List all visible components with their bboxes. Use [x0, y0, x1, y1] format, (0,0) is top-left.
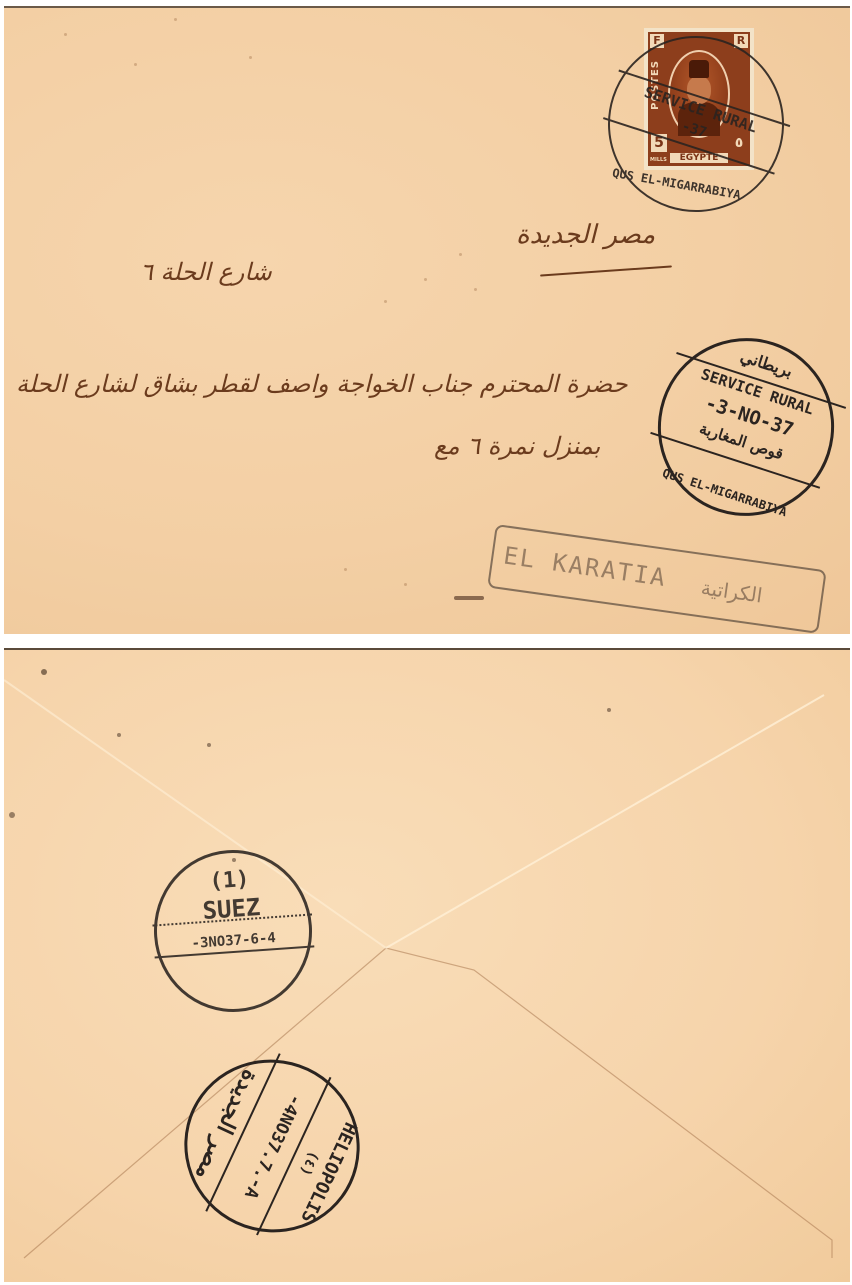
- paper-speck: [384, 300, 387, 303]
- cancel-town: QUS EL-MIGARRABIYA: [591, 162, 763, 206]
- cachet-el-karatia: EL KARATIA الكراتية: [487, 524, 827, 634]
- paper-speck: [424, 278, 427, 281]
- address-city: مصر الجديدة: [516, 220, 655, 250]
- cachet-arabic: الكراتية: [700, 575, 764, 607]
- envelope-flap-lines: [4, 650, 850, 1282]
- envelope-front: F R POSTES 5 ٥ MILLS EGYPTE SERVICE RURA…: [4, 6, 850, 634]
- paper-speck: [404, 583, 407, 586]
- paper-speck: [344, 568, 347, 571]
- paper-speck: [474, 288, 477, 291]
- address-street: شارع الحلة ٦: [140, 258, 272, 286]
- paper-speck: [134, 63, 137, 66]
- address-city-underline: [540, 265, 672, 276]
- paper-speck: [174, 18, 177, 21]
- cachet-text: EL KARATIA: [502, 542, 669, 593]
- paper-speck: [459, 253, 462, 256]
- postmark-qus-el-migarrabiya: بريطاني SERVICE RURAL -3-NO-37 قوص المغا…: [635, 315, 850, 539]
- address-house-number: بمنزل نمرة ٦ مع: [434, 432, 600, 460]
- postmark-stamp-cancel: SERVICE RURAL -37 QUS EL-MIGARRABIYA: [585, 13, 807, 235]
- address-recipient: حضرة المحترم جناب الخواجة واصف لقطر بشاق…: [16, 370, 628, 398]
- envelope-back: (1) SUEZ -3NO37-6-4 HELIOPOLIS (٤) -4NO3…: [4, 648, 850, 1282]
- paper-speck: [249, 56, 252, 59]
- paper-speck: [64, 33, 67, 36]
- ink-smudge: [454, 596, 484, 600]
